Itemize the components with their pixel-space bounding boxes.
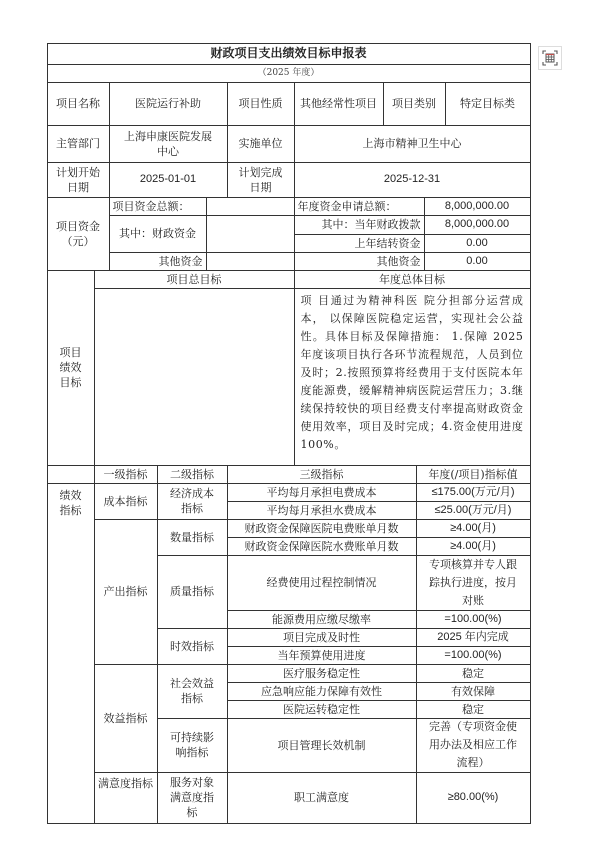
annual-goal-header: 年度总体目标 bbox=[294, 270, 531, 289]
indicator-row-value: ≥80.00(%) bbox=[416, 772, 531, 824]
level1-header: 一级指标 bbox=[94, 465, 158, 484]
project-category-value: 特定目标类 bbox=[445, 82, 531, 126]
annual-goal-text: 项 目通过为精神科医 院分担部分运营成本， 以保障医院稳定运营，实现社会公益性。… bbox=[294, 288, 531, 466]
annual-total-label: 年度资金申请总额： bbox=[294, 197, 425, 216]
level1-cost: 成本指标 bbox=[94, 483, 158, 520]
indicator-row-value: 稳定 bbox=[416, 700, 531, 719]
other-funds-label: 其他资金 bbox=[109, 252, 207, 271]
project-name-value: 医院运行补助 bbox=[109, 82, 228, 126]
other-funds-value bbox=[206, 252, 295, 271]
project-nature-label: 项目性质 bbox=[227, 82, 295, 126]
indicator-row-name: 医疗服务稳定性 bbox=[227, 664, 417, 683]
level2-economic-cost: 经济成本指标 bbox=[157, 483, 228, 520]
unit-label: 实施单位 bbox=[227, 125, 295, 163]
dept-label: 主管部门 bbox=[47, 125, 110, 163]
report-form: 财政项目支出绩效目标申报表 （2025 年度） 项目名称 医院运行补助 项目性质… bbox=[0, 0, 598, 845]
level3-header: 三级指标 bbox=[227, 465, 417, 484]
indicator-row-name: 平均每月承担水费成本 bbox=[227, 501, 417, 520]
current-fiscal-label: 其中：当年财政拨款 bbox=[294, 215, 425, 235]
indicator-row-name: 平均每月承担电费成本 bbox=[227, 483, 417, 502]
indicator-row-name: 财政资金保障医院水费账单月数 bbox=[227, 537, 417, 556]
project-category-label: 项目类别 bbox=[383, 82, 446, 126]
level2-header: 二级指标 bbox=[157, 465, 228, 484]
level1-output: 产出指标 bbox=[94, 519, 158, 665]
project-nature-value: 其他经常性项目 bbox=[294, 82, 384, 126]
fiscal-funds-label: 其中：财政资金 bbox=[109, 215, 207, 253]
indicator-row-value: ≤175.00(万元/月) bbox=[416, 483, 531, 502]
indicators-section-label: 绩效指标 bbox=[47, 483, 95, 824]
indicator-corner bbox=[47, 465, 95, 484]
indicator-row-value: =100.00(%) bbox=[416, 610, 531, 629]
start-date-value: 2025-01-01 bbox=[109, 162, 228, 198]
end-date-label: 计划完成日期 bbox=[227, 162, 295, 198]
carryover-value: 0.00 bbox=[424, 234, 531, 253]
indicator-row-name: 应急响应能力保障有效性 bbox=[227, 682, 417, 701]
form-title: 财政项目支出绩效目标申报表 bbox=[47, 43, 531, 65]
table-extract-button[interactable] bbox=[538, 46, 562, 70]
indicator-row-value: ≤25.00(万元/月) bbox=[416, 501, 531, 520]
target-value-header: 年度(/项目)指标值 bbox=[416, 465, 531, 484]
level1-benefit: 效益指标 bbox=[94, 664, 158, 773]
level2-service-satisfaction: 服务对象满意度指标 bbox=[157, 772, 228, 824]
indicator-row-name: 项目完成及时性 bbox=[227, 628, 417, 647]
overall-goal-text bbox=[94, 288, 295, 466]
annual-total-value: 8,000,000.00 bbox=[424, 197, 531, 216]
goals-section-label: 项目绩效目标 bbox=[47, 270, 95, 466]
indicator-row-value: 稳定 bbox=[416, 664, 531, 683]
annual-other-label: 其他资金 bbox=[294, 252, 425, 271]
indicator-row-name: 医院运转稳定性 bbox=[227, 700, 417, 719]
indicator-row-name: 财政资金保障医院电费账单月数 bbox=[227, 519, 417, 538]
indicator-row-name: 当年预算使用进度 bbox=[227, 646, 417, 665]
indicator-row-value: =100.00(%) bbox=[416, 646, 531, 665]
indicator-row-value: ≥4.00(月) bbox=[416, 519, 531, 538]
level1-satisfaction: 满意度指标 bbox=[94, 772, 158, 824]
total-funds-label: 项目资金总额： bbox=[109, 197, 207, 216]
indicator-row-name: 职工满意度 bbox=[227, 772, 417, 824]
unit-value: 上海市精神卫生中心 bbox=[294, 125, 531, 163]
year-subtitle: （2025 年度） bbox=[47, 64, 531, 83]
end-date-value: 2025-12-31 bbox=[294, 162, 531, 198]
annual-other-value: 0.00 bbox=[424, 252, 531, 271]
dept-value: 上海申康医院发展中心 bbox=[109, 125, 228, 163]
total-funds-value bbox=[206, 197, 295, 216]
indicator-row-name: 经费使用过程控制情况 bbox=[227, 555, 417, 611]
overall-goal-header: 项目总目标 bbox=[94, 270, 295, 289]
indicator-row-value: 完善（专项资金使用办法及相应工作流程） bbox=[416, 718, 531, 773]
funding-section-label: 项目资金（元） bbox=[47, 197, 110, 271]
level2-quantity: 数量指标 bbox=[157, 519, 228, 556]
indicator-row-name: 项目管理长效机制 bbox=[227, 718, 417, 773]
table-extract-icon bbox=[542, 50, 558, 66]
indicator-row-value: 有效保障 bbox=[416, 682, 531, 701]
indicator-row-value: ≥4.00(月) bbox=[416, 537, 531, 556]
level2-social: 社会效益指标 bbox=[157, 664, 228, 719]
indicator-row-value: 2025 年内完成 bbox=[416, 628, 531, 647]
project-name-label: 项目名称 bbox=[47, 82, 110, 126]
level2-quality: 质量指标 bbox=[157, 555, 228, 629]
fiscal-funds-value bbox=[206, 215, 295, 253]
level2-timeliness: 时效指标 bbox=[157, 628, 228, 665]
level2-sustainable: 可持续影响指标 bbox=[157, 718, 228, 773]
carryover-label: 上年结转资金 bbox=[294, 234, 425, 253]
current-fiscal-value: 8,000,000.00 bbox=[424, 215, 531, 235]
indicator-row-name: 能源费用应缴尽缴率 bbox=[227, 610, 417, 629]
start-date-label: 计划开始日期 bbox=[47, 162, 110, 198]
indicator-row-value: 专项核算并专人跟踪执行进度，按月对账 bbox=[416, 555, 531, 611]
